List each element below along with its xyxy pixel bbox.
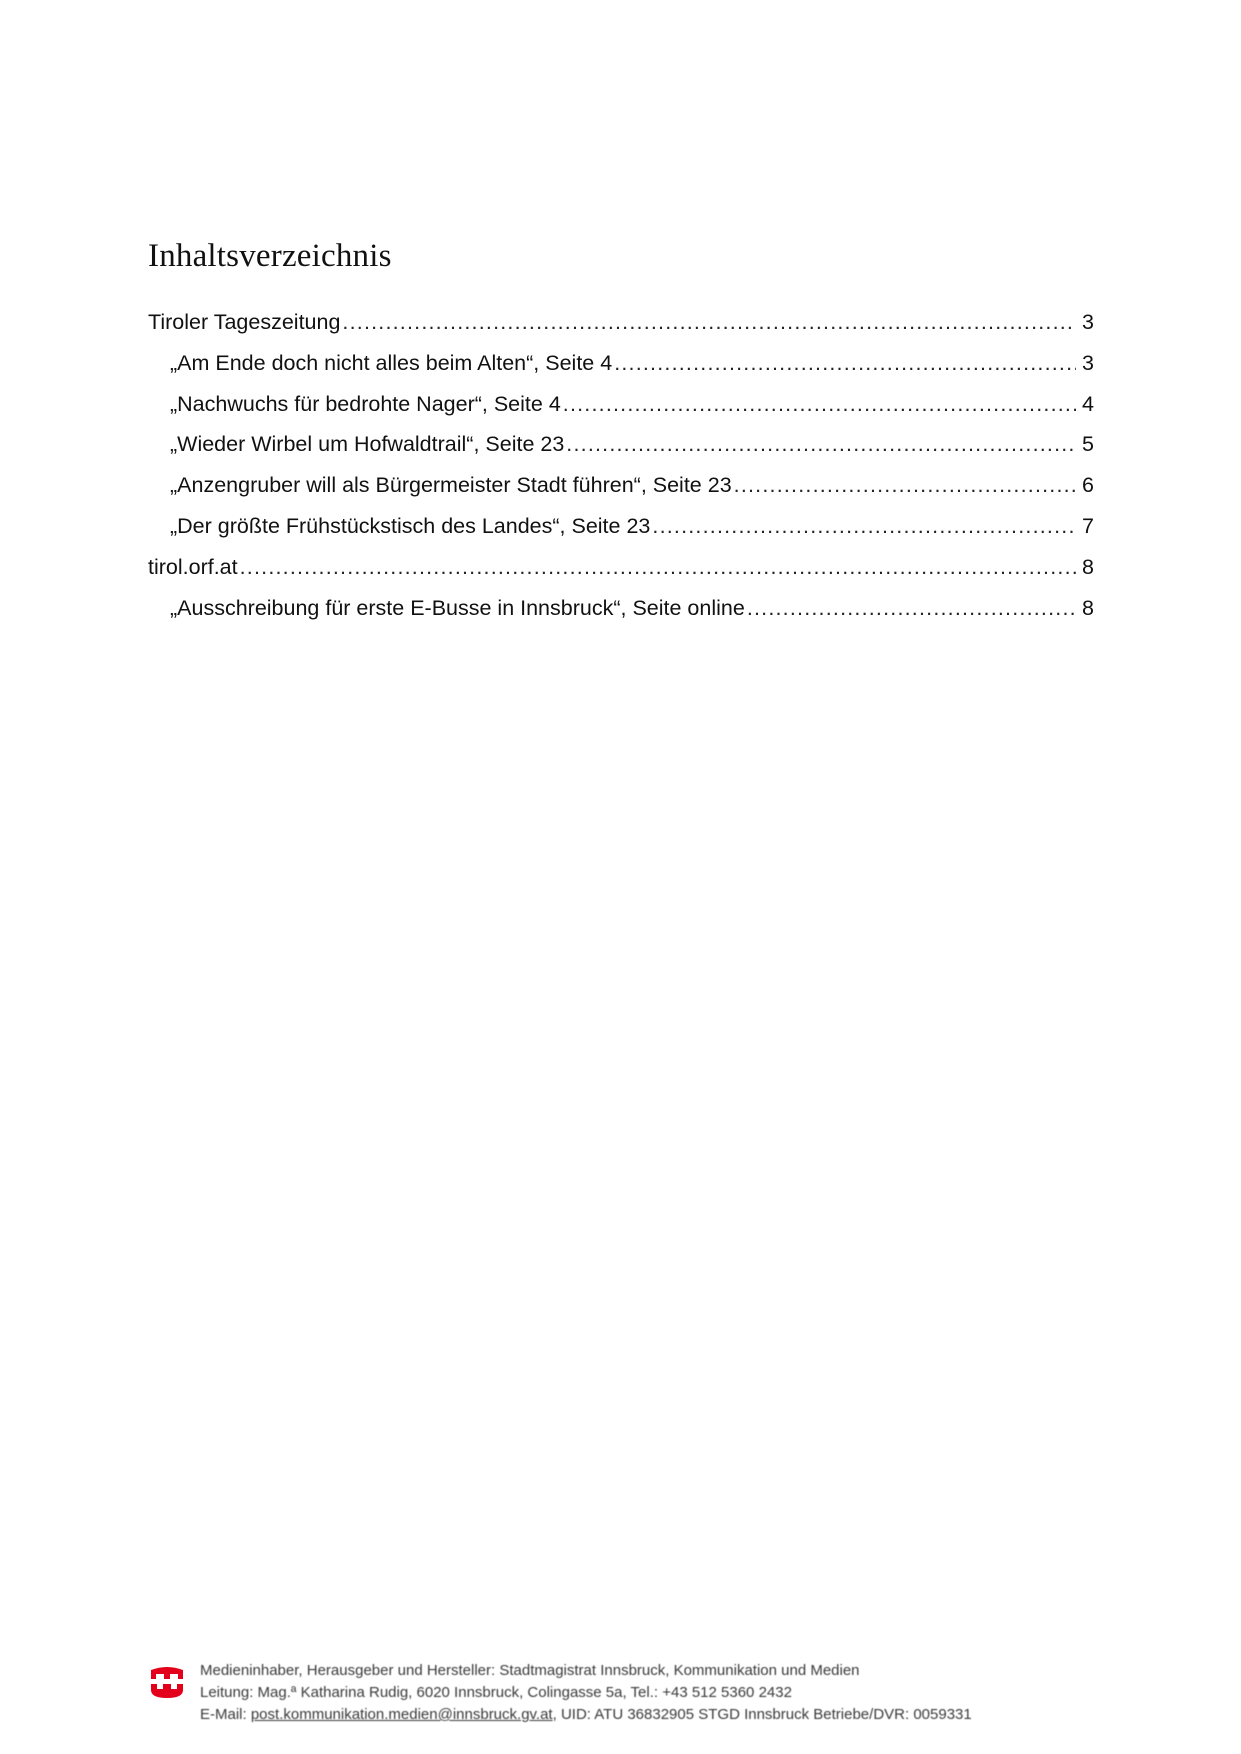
- toc-entry-title: „Anzengruber will als Bürgermeister Stad…: [170, 465, 732, 506]
- toc-heading: Inhaltsverzeichnis: [148, 236, 392, 276]
- dot-leader: [652, 506, 1076, 547]
- toc-entry-page: 4: [1080, 384, 1094, 425]
- footer-registration-info: , UID: ATU 36832905 STGD Innsbruck Betri…: [553, 1706, 972, 1723]
- toc-entry-title: „Nachwuchs für bedrohte Nager“, Seite 4: [170, 384, 561, 425]
- toc-entry[interactable]: „Nachwuchs für bedrohte Nager“, Seite 4 …: [148, 384, 1094, 425]
- toc-entry[interactable]: „Der größte Frühstückstisch des Landes“,…: [148, 506, 1094, 547]
- toc-entry[interactable]: „Am Ende doch nicht alles beim Alten“, S…: [148, 343, 1094, 384]
- footer-email-line: E-Mail: post.kommunikation.medien@innsbr…: [200, 1704, 972, 1726]
- dot-leader: [240, 547, 1076, 588]
- toc-entry[interactable]: „Wieder Wirbel um Hofwaldtrail“, Seite 2…: [148, 424, 1094, 465]
- dot-leader: [566, 424, 1076, 465]
- toc-entry-page: 3: [1080, 302, 1094, 343]
- dot-leader: [747, 588, 1076, 629]
- toc-entry-page: 8: [1080, 588, 1094, 629]
- toc-entry[interactable]: Tiroler Tageszeitung 3: [148, 302, 1094, 343]
- toc-entry-page: 5: [1080, 424, 1094, 465]
- toc-entry-title: Tiroler Tageszeitung: [148, 302, 340, 343]
- footer-contact-line: Leitung: Mag.ª Katharina Rudig, 6020 Inn…: [200, 1682, 972, 1704]
- toc-entry-title: „Wieder Wirbel um Hofwaldtrail“, Seite 2…: [170, 424, 564, 465]
- footer-publisher-line: Medieninhaber, Herausgeber und Herstelle…: [200, 1660, 972, 1682]
- table-of-contents: Tiroler Tageszeitung 3 „Am Ende doch nic…: [148, 302, 1094, 628]
- toc-entry-title: „Am Ende doch nicht alles beim Alten“, S…: [170, 343, 612, 384]
- toc-entry-page: 8: [1080, 547, 1094, 588]
- dot-leader: [342, 302, 1076, 343]
- toc-entry-title: „Ausschreibung für erste E-Busse in Inns…: [170, 588, 745, 629]
- toc-entry-page: 3: [1080, 343, 1094, 384]
- toc-entry[interactable]: „Anzengruber will als Bürgermeister Stad…: [148, 465, 1094, 506]
- dot-leader: [563, 384, 1076, 425]
- dot-leader: [734, 465, 1076, 506]
- footer-imprint: Medieninhaber, Herausgeber und Herstelle…: [200, 1660, 972, 1726]
- toc-entry-page: 7: [1080, 506, 1094, 547]
- toc-entry-title: „Der größte Frühstückstisch des Landes“,…: [170, 506, 650, 547]
- dot-leader: [614, 343, 1076, 384]
- toc-entry[interactable]: tirol.orf.at 8: [148, 547, 1094, 588]
- innsbruck-city-logo-icon: [150, 1664, 184, 1700]
- toc-entry-page: 6: [1080, 465, 1094, 506]
- footer-email-link[interactable]: post.kommunikation.medien@innsbruck.gv.a…: [251, 1706, 553, 1723]
- footer-email-label: E-Mail:: [200, 1706, 251, 1723]
- toc-entry[interactable]: „Ausschreibung für erste E-Busse in Inns…: [148, 588, 1094, 629]
- toc-entry-title: tirol.orf.at: [148, 547, 238, 588]
- page-footer: Medieninhaber, Herausgeber und Herstelle…: [150, 1660, 972, 1726]
